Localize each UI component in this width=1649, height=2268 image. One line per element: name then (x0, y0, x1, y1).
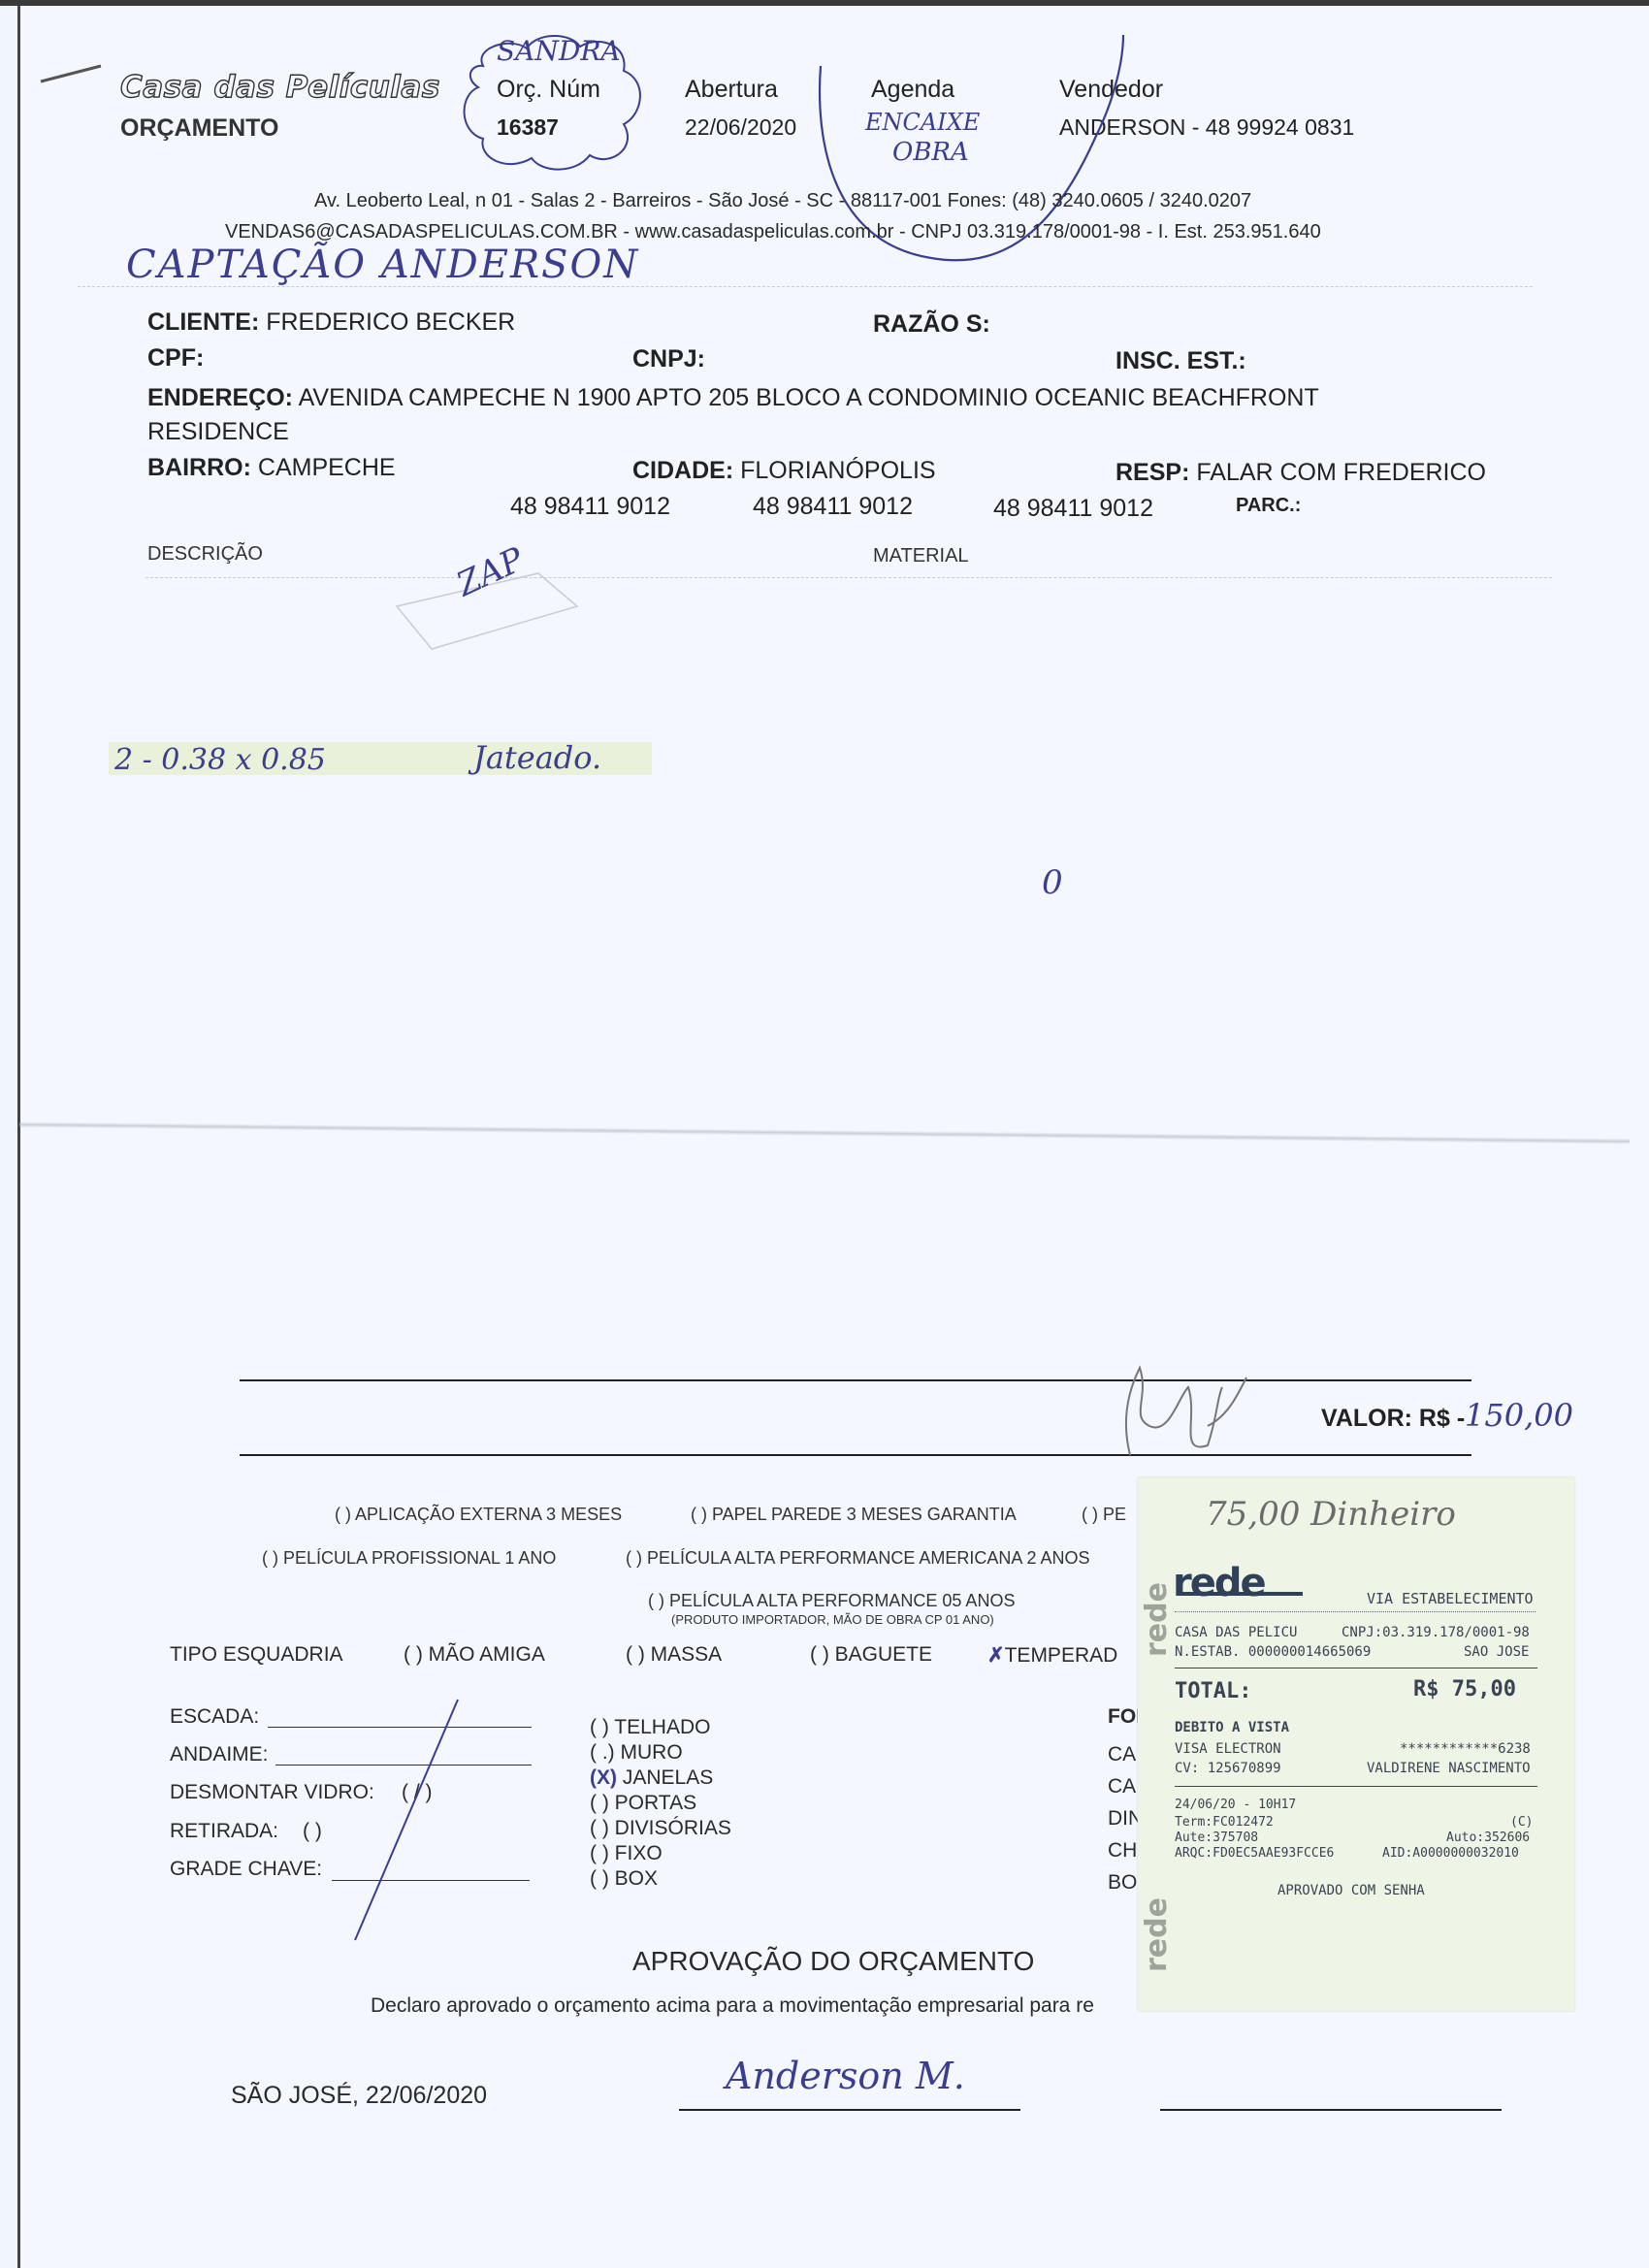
receipt-cv: CV: 125670899 (1175, 1761, 1281, 1776)
rede-logo-underline (1177, 1592, 1303, 1596)
esquadria-massa[interactable]: ( ) MASSA (626, 1643, 722, 1667)
company-contact: VENDAS6@CASADASPELICULAS.COM.BR - www.ca… (225, 221, 1321, 243)
receipt-holder: VALDIRENE NASCIMENTO (1367, 1761, 1531, 1776)
divider (240, 1379, 1471, 1381)
location-telhado[interactable]: ( ) TELHADO (590, 1715, 731, 1740)
receipt-divider (1175, 1668, 1537, 1669)
receipt-city: SAO JOSE (1464, 1644, 1529, 1660)
cliente-value: FREDERICO BECKER (266, 308, 515, 336)
item-finish: Jateado. (473, 739, 601, 776)
receipt-estab: N.ESTAB. 000000014665069 (1175, 1644, 1371, 1660)
option-pelicula-profissional[interactable]: ( ) PELÍCULA PROFISSIONAL 1 ANO (262, 1548, 556, 1569)
signature-scribble (1111, 1358, 1285, 1465)
rede-logo: rede (1173, 1561, 1265, 1605)
approval-place-date: SÃO JOSÉ, 22/06/2020 (231, 2082, 487, 2110)
grade-chave-label: GRADE CHAVE: (170, 1858, 322, 1881)
cidade-value: FLORIANÓPOLIS (740, 457, 935, 484)
location-janelas[interactable]: (X) JANELAS (590, 1766, 731, 1791)
cnpj-label: CNPJ: (632, 345, 705, 373)
receipt-aid: AID:A0000000032010 (1382, 1846, 1519, 1861)
receipt-divider (1175, 1611, 1536, 1612)
location-portas[interactable]: ( ) PORTAS (590, 1791, 731, 1816)
receipt-arqc: ARQC:FD0EC5AAE93FCCE6 (1175, 1846, 1334, 1861)
abertura-label: Abertura (685, 76, 778, 104)
phone-1: 48 98411 9012 (510, 493, 670, 521)
bairro-field: BAIRRO: CAMPECHE (147, 454, 396, 482)
company-address: Av. Leoberto Leal, n 01 - Salas 2 - Barr… (314, 190, 1251, 212)
payment-label: FOI (1108, 1705, 1142, 1729)
andaime-label: ANDAIME: (170, 1743, 269, 1766)
receipt-merchant: CASA DAS PELICU (1175, 1625, 1297, 1640)
option-pelicula-partial[interactable]: ( ) PE (1082, 1505, 1126, 1525)
esquadria-mao-amiga[interactable]: ( ) MÃO AMIGA (404, 1643, 545, 1667)
handwritten-captacao: CAPTAÇÃO ANDERSON (126, 243, 639, 287)
location-box[interactable]: ( ) BOX (590, 1866, 731, 1892)
receipt-aute: Aute:375708 (1175, 1831, 1258, 1845)
option-note: (PRODUTO IMPORTADOR, MÃO DE OBRA CP 01 A… (671, 1612, 994, 1627)
valor-value: 150,00 (1465, 1397, 1573, 1434)
retirada-checkbox[interactable]: ( ) (303, 1820, 322, 1843)
company-logo: Casa das Películas (120, 70, 440, 105)
approval-signature: Anderson M. (726, 2055, 965, 2097)
receipt-datetime: 24/06/20 - 10H17 (1175, 1798, 1296, 1812)
divider (240, 1454, 1471, 1456)
location-list: ( ) TELHADO ( .) MURO (X) JANELAS ( ) PO… (590, 1715, 731, 1892)
signature-line-client[interactable] (1160, 2109, 1502, 2111)
receipt-cnpj: CNPJ:03.319.178/0001-98 (1342, 1625, 1530, 1640)
receipt-code: (C) (1510, 1815, 1533, 1830)
rede-side-logo: rede (1140, 1897, 1174, 1972)
pen-curve-mark (815, 29, 1145, 281)
phone-2: 48 98411 9012 (753, 493, 913, 521)
item-dimensions: 2 - 0.38 x 0.85 (114, 743, 326, 777)
divider (78, 286, 1533, 287)
parc-label: PARC.: (1236, 495, 1301, 517)
receipt-card-number: ************6238 (1400, 1741, 1531, 1757)
receipt-card-brand: VISA ELECTRON (1175, 1741, 1281, 1757)
esquadria-label: TIPO ESQUADRIA (170, 1643, 343, 1667)
receipt-via: VIA ESTABELECIMENTO (1367, 1590, 1534, 1607)
phone-3: 48 98411 9012 (993, 495, 1153, 523)
material-label: MATERIAL (873, 545, 969, 567)
option-pelicula-05-anos[interactable]: ( ) PELÍCULA ALTA PERFORMANCE 05 ANOS (648, 1591, 1015, 1611)
receipt-total-label: TOTAL: (1175, 1679, 1251, 1703)
cliente-field: CLIENTE: FREDERICO BECKER (147, 308, 515, 337)
cpf-label: CPF: (147, 344, 204, 373)
rede-side-logo: rede (1140, 1582, 1174, 1657)
option-papel-parede[interactable]: ( ) PAPEL PAREDE 3 MESES GARANTIA (691, 1505, 1017, 1525)
bairro-value: CAMPECHE (258, 454, 396, 481)
approval-declaration: Declaro aprovado o orçamento acima para … (371, 1994, 1094, 2018)
receipt-total: R$ 75,00 (1413, 1677, 1516, 1701)
resp-field: RESP: FALAR COM FREDERICO (1115, 459, 1486, 487)
location-fixo[interactable]: ( ) FIXO (590, 1841, 731, 1866)
pen-stroke-mark (39, 60, 107, 89)
resp-value: FALAR COM FREDERICO (1196, 459, 1486, 486)
orc-num-label: Orç. Núm (497, 76, 600, 104)
check-mark-icon: ✗ (987, 1644, 1005, 1667)
razao-label: RAZÃO S: (873, 310, 990, 339)
receipt-type: DEBITO A VISTA (1175, 1720, 1289, 1735)
esquadria-baguete[interactable]: ( ) BAGUETE (810, 1643, 932, 1667)
orc-num-value: 16387 (497, 114, 559, 141)
divider (145, 577, 1552, 578)
location-divisorias[interactable]: ( ) DIVISÓRIAS (590, 1816, 731, 1841)
endereco-value-2: RESIDENCE (147, 418, 289, 446)
retirada-label: RETIRADA: (170, 1820, 278, 1843)
desmontar-label: DESMONTAR VIDRO: (170, 1781, 374, 1804)
endereco-value: AVENIDA CAMPECHE N 1900 APTO 205 BLOCO A… (299, 384, 1319, 411)
insc-est-label: INSC. EST.: (1115, 347, 1246, 375)
signature-line-seller[interactable] (679, 2109, 1020, 2111)
esquadria-temperado[interactable]: ✗TEMPERAD (987, 1643, 1117, 1668)
abertura-value: 22/06/2020 (685, 114, 796, 141)
location-muro[interactable]: ( .) MURO (590, 1740, 731, 1766)
strike-through-line (349, 1696, 466, 1948)
option-aplicacao-externa[interactable]: ( ) APLICAÇÃO EXTERNA 3 MESES (335, 1505, 622, 1525)
handwritten-name: SANDRA (497, 35, 621, 67)
card-receipt: 75,00 Dinheiro rede rede rede VIA ESTABE… (1138, 1477, 1574, 2011)
document-type: ORÇAMENTO (120, 114, 278, 143)
receipt-divider (1175, 1786, 1537, 1787)
cidade-field: CIDADE: FLORIANÓPOLIS (632, 457, 936, 485)
descricao-label: DESCRIÇÃO (147, 543, 263, 566)
escada-label: ESCADA: (170, 1705, 259, 1729)
receipt-auto: Auto:352606 (1446, 1831, 1530, 1845)
endereco-field: ENDEREÇO: AVENIDA CAMPECHE N 1900 APTO 2… (147, 384, 1319, 412)
valor-label: VALOR: R$ - (1321, 1405, 1465, 1433)
receipt-term: Term:FC012472 (1175, 1815, 1274, 1830)
option-pelicula-americana[interactable]: ( ) PELÍCULA ALTA PERFORMANCE AMERICANA … (626, 1548, 1089, 1569)
approval-title: APROVAÇÃO DO ORÇAMENTO (632, 1946, 1034, 1977)
receipt-handwritten-note: 75,00 Dinheiro (1206, 1495, 1456, 1534)
handwritten-mark: 0 (1042, 863, 1063, 902)
receipt-status: APROVADO COM SENHA (1277, 1883, 1425, 1898)
